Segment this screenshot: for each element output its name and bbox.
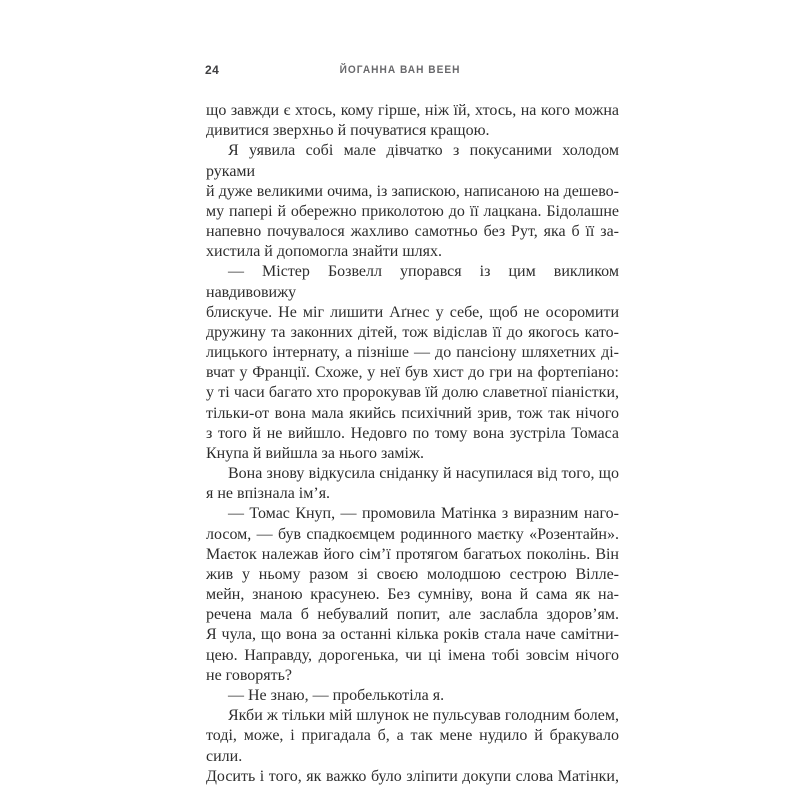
body-text: що завжди є хтось, кому гірше, ніж їй, х…: [206, 101, 619, 787]
text-line: Я уявила собі мале дівчатко з покусаними…: [206, 141, 619, 181]
text-line: дивитися зверхньо й почуватися кращою.: [206, 121, 619, 141]
text-line: що завжди є хтось, кому гірше, ніж їй, х…: [206, 101, 619, 121]
text-line: Досить і того, як важко було зліпити док…: [206, 767, 619, 787]
text-line: жив у ньому разом зі своєю молодшою сест…: [206, 565, 619, 585]
text-line: вчат у Франції. Схоже, у неї був хист до…: [206, 363, 619, 383]
book-page: 24 ЙОГАННА ВАН ВЕЕН що завжди є хтось, к…: [0, 0, 800, 800]
text-line: — Містер Бозвелл упорався із цим виклико…: [206, 262, 619, 302]
text-line: Кнупа й вийшла за нього заміж.: [206, 444, 619, 464]
text-line: не говорять?: [206, 666, 619, 686]
text-line: блискуче. Не міг лишити Аґнес у себе, що…: [206, 303, 619, 323]
text-line: лицького інтернату, а пізніше — до пансі…: [206, 343, 619, 363]
text-line: Я чула, що вона за останні кілька років …: [206, 625, 619, 645]
text-line: Маєток належав його сім’ї протягом багат…: [206, 545, 619, 565]
text-line: хистила й допомогла знайти шлях.: [206, 242, 619, 262]
text-line: — Томас Кнуп, — промовила Матінка з вира…: [206, 504, 619, 524]
running-header: ЙОГАННА ВАН ВЕЕН: [32, 64, 768, 76]
text-line: й дуже великими очима, із запискою, напи…: [206, 182, 619, 202]
page-header: 24 ЙОГАННА ВАН ВЕЕН: [0, 63, 800, 79]
text-line: я не впізнала ім’я.: [206, 484, 619, 504]
text-line: — Не знаю, — пробелькотіла я.: [206, 686, 619, 706]
text-line: Якби ж тільки мій шлунок не пульсував го…: [206, 706, 619, 726]
text-line: речена мала б небувалий попит, але засла…: [206, 605, 619, 625]
text-line: цею. Направду, дорогенька, чи ці імена т…: [206, 646, 619, 666]
text-line: тоді, може, і пригадала б, а так мене ну…: [206, 726, 619, 766]
text-line: у ті часи багато хто пророкував їй долю …: [206, 383, 619, 403]
text-line: Вона знову відкусила сніданку й насупила…: [206, 464, 619, 484]
text-line: напевно почувалося жахливо самотньо без …: [206, 222, 619, 242]
text-line: тільки-от вона мала якийсь психічний зри…: [206, 404, 619, 424]
text-line: дружину та законних дітей, тож відіслав …: [206, 323, 619, 343]
text-line: мейн, знаною красунею. Без сумніву, вона…: [206, 585, 619, 605]
text-line: з того й не вийшло. Недовго по тому вона…: [206, 424, 619, 444]
text-line: лосом, — був спадкоємцем родинного маєтк…: [206, 525, 619, 545]
text-line: му папері й обережно приколотою до її ла…: [206, 202, 619, 222]
